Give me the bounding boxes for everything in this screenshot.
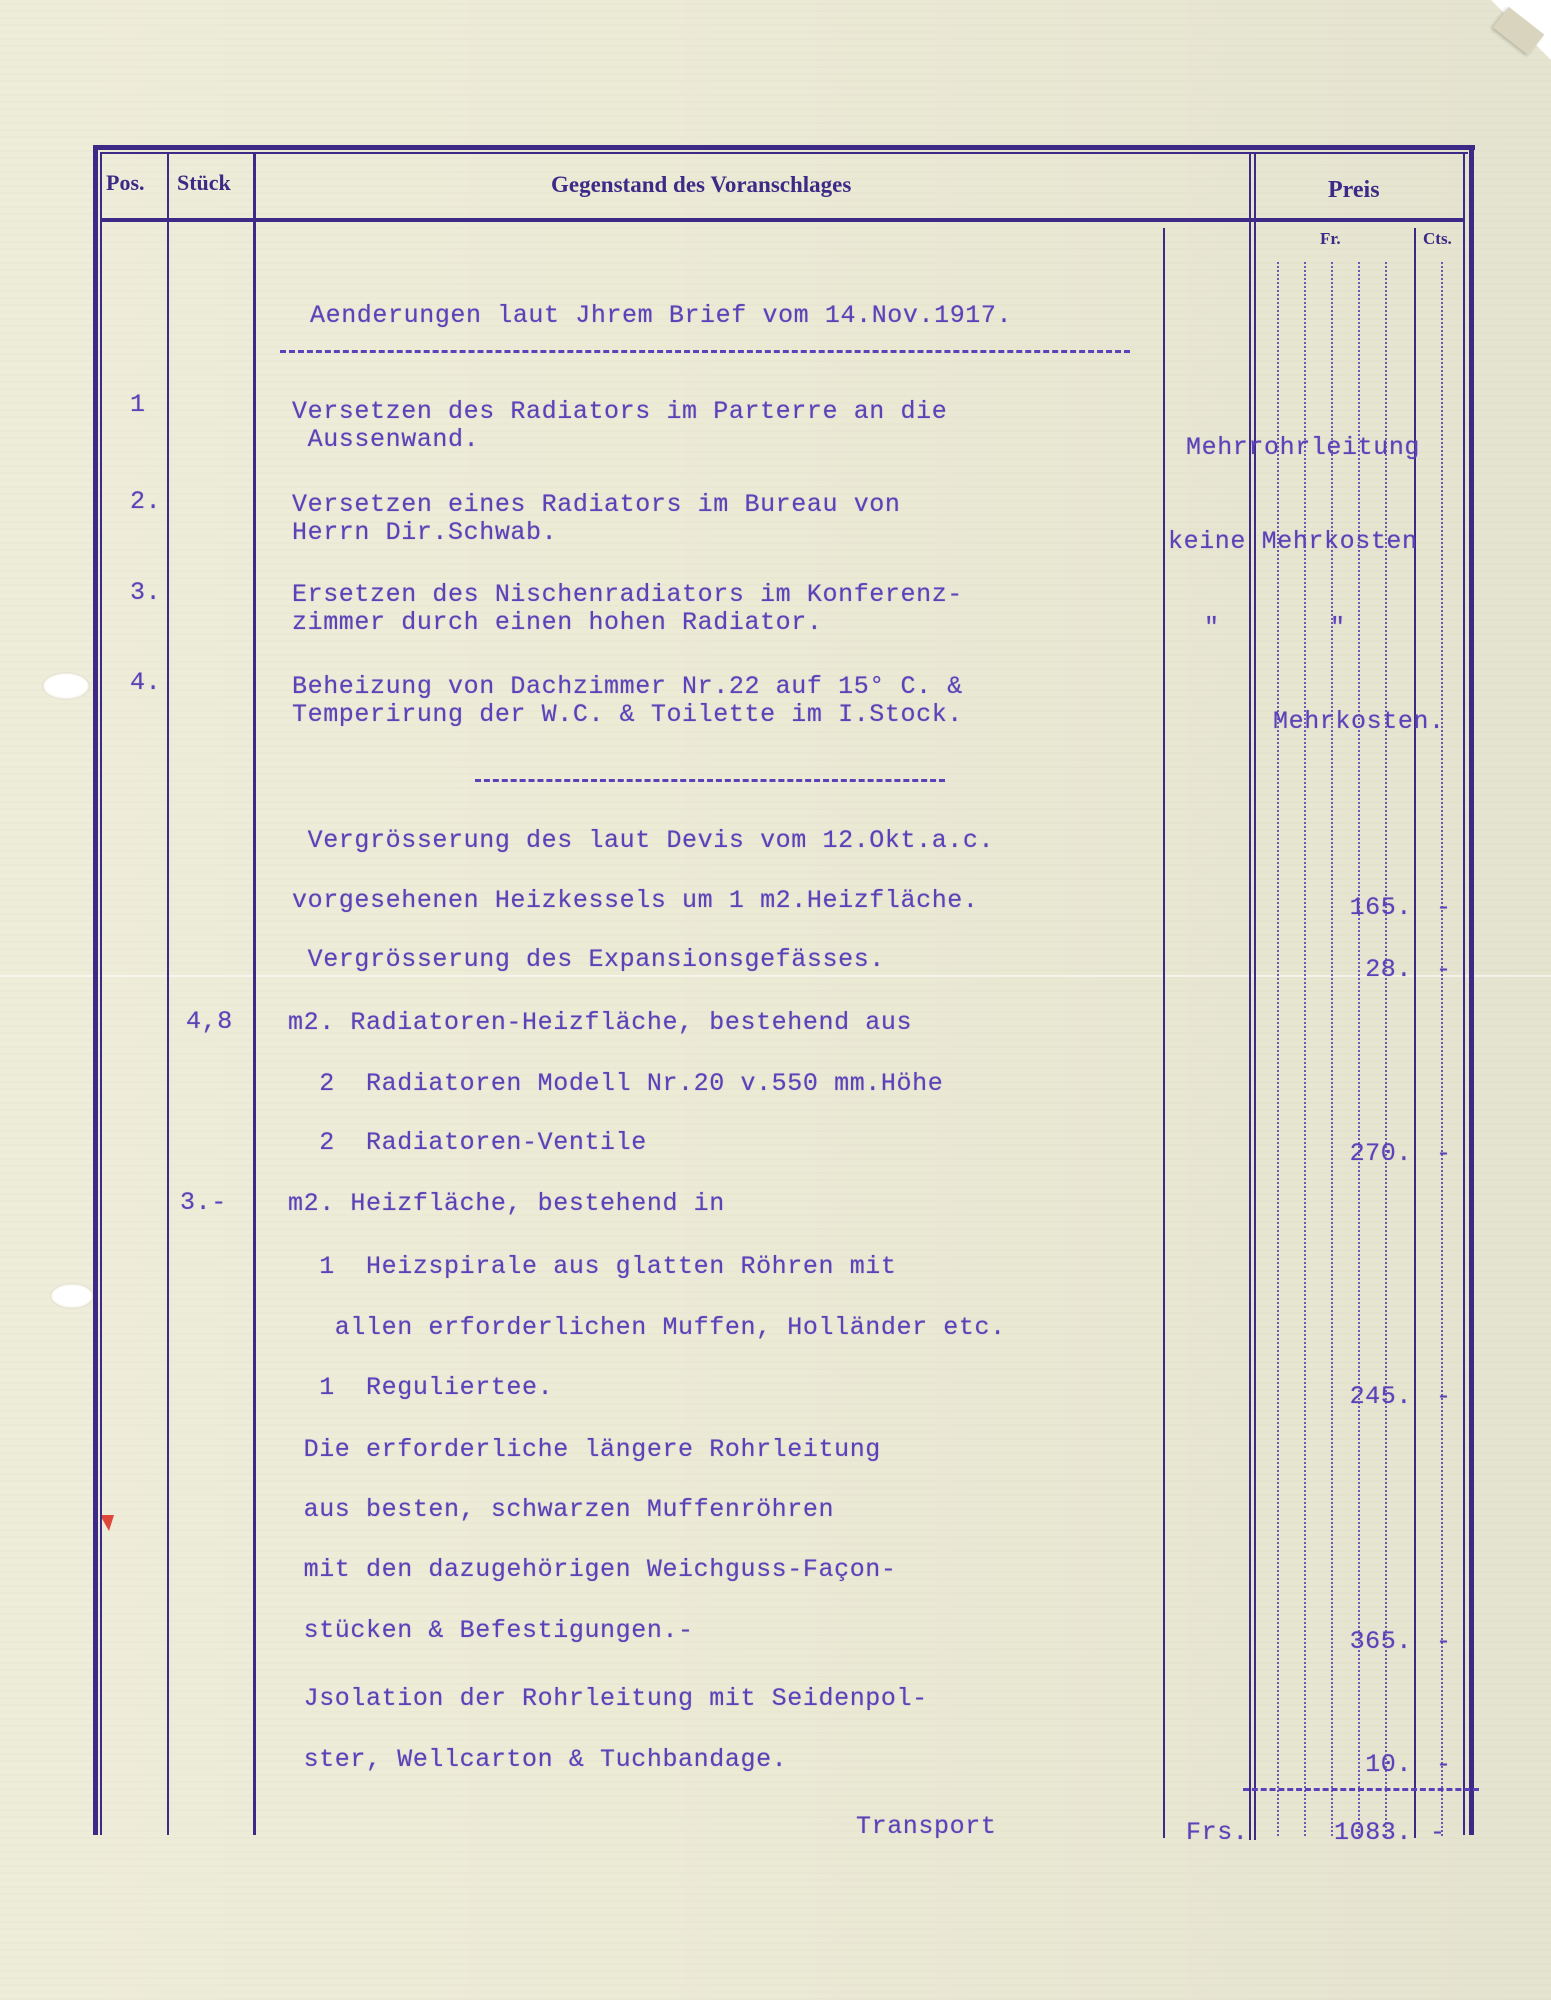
cost-line-cts: - [1436, 1750, 1452, 1780]
item-text-line: Aussenwand. [292, 425, 479, 455]
cost-line-text: vorgesehenen Heizkessels um 1 m2.Heizflä… [292, 886, 979, 916]
header-gegenstand: Gegenstand des Voranschlages [551, 172, 851, 198]
preis-column-divider [1249, 152, 1251, 1840]
header-preis: Preis [1328, 177, 1380, 204]
ditto-mark: " [1330, 613, 1346, 643]
item-text-line: Ersetzen des Nischenradiators im Konfere… [292, 580, 963, 610]
fr-guide-line [1358, 262, 1360, 1836]
pos-column-divider [167, 152, 169, 1835]
header-divider [100, 218, 1463, 222]
cost-line-text: 2 Radiatoren-Ventile [288, 1128, 647, 1158]
item-remark: Mehrrohrleitung [1186, 433, 1420, 463]
cost-line-fr: 270. [1300, 1139, 1412, 1169]
fr-guide-line [1304, 262, 1306, 1836]
cost-line-fr: 28. [1300, 955, 1412, 985]
cost-line-fr: 10. [1300, 1750, 1412, 1780]
item-text-line: Versetzen des Radiators im Parterre an d… [292, 397, 947, 427]
item-pos: 4. [130, 668, 161, 698]
fr-guide-line [1277, 262, 1279, 1836]
cts-column-divider [1414, 228, 1416, 1838]
total-fr: 1083. [1300, 1818, 1412, 1848]
cost-line-text: 1 Reguliertee. [288, 1373, 553, 1403]
cost-line-stueck: 4,8 [186, 1007, 233, 1037]
preis-column-divider-inner [1254, 152, 1256, 1840]
cost-line-fr: 165. [1300, 893, 1412, 923]
header-pos: Pos. [106, 170, 145, 196]
cost-line-fr: 365. [1300, 1627, 1412, 1657]
punch-hole-top [42, 672, 90, 700]
section-heading: Aenderungen laut Jhrem Brief vom 14.Nov.… [310, 301, 1012, 331]
cost-line-text: ster, Wellcarton & Tuchbandage. [288, 1745, 787, 1775]
total-cts: - [1430, 1818, 1446, 1848]
cost-line-stueck: 3.- [180, 1188, 227, 1218]
cost-line-text: 1 Heizspirale aus glatten Röhren mit [288, 1252, 897, 1282]
item-pos: 3. [130, 578, 161, 608]
table-right-border [1469, 145, 1474, 1835]
item-remark: keine Mehrkosten [1168, 527, 1418, 557]
item-text-line: Beheizung von Dachzimmer Nr.22 auf 15° C… [292, 672, 963, 702]
header-stueck: Stück [177, 170, 231, 196]
cost-line-text: aus besten, schwarzen Muffenröhren [288, 1495, 834, 1525]
cost-line-text: mit den dazugehörigen Weichguss-Façon- [288, 1555, 897, 1585]
table-right-border-inner [1463, 152, 1465, 1835]
cts-guide-line [1441, 262, 1443, 1836]
ditto-mark: " [1204, 613, 1220, 643]
cost-line-text: 2 Radiatoren Modell Nr.20 v.550 mm.Höhe [288, 1069, 943, 1099]
header-cts: Cts. [1423, 229, 1452, 249]
total-currency: Frs. [1186, 1818, 1248, 1848]
item-text-line: Herrn Dir.Schwab. [292, 518, 557, 548]
stueck-column-divider [253, 152, 256, 1835]
remark-column-divider [1163, 228, 1165, 1838]
item-pos: 1 [130, 390, 146, 420]
cost-line-cts: - [1436, 1627, 1452, 1657]
cost-line-cts: - [1436, 1139, 1452, 1169]
cost-line-text: Jsolation der Rohrleitung mit Seidenpol- [288, 1684, 928, 1714]
item-text-line: zimmer durch einen hohen Radiator. [292, 608, 822, 638]
cost-line-cts: - [1436, 893, 1452, 923]
cost-line-cts: - [1436, 1382, 1452, 1412]
item-text-line: Versetzen eines Radiators im Bureau von [292, 490, 901, 520]
section-divider [475, 779, 945, 782]
table-left-border-inner [100, 152, 102, 1835]
table-top-border [93, 145, 1475, 150]
cost-line-cts: - [1436, 955, 1452, 985]
fr-guide-line [1331, 262, 1333, 1836]
cost-line-text: Vergrösserung des Expansionsgefässes. [292, 945, 885, 975]
red-mark [100, 1515, 114, 1531]
cost-line-text: stücken & Befestigungen.- [288, 1616, 694, 1646]
cost-line-text: Vergrösserung des laut Devis vom 12.Okt.… [292, 826, 994, 856]
fr-guide-line [1385, 262, 1387, 1836]
item-remark: Mehrkosten. [1273, 707, 1445, 737]
transport-label: Transport [856, 1812, 996, 1842]
punch-hole-bottom [50, 1283, 94, 1309]
cost-line-text: m2. Heizfläche, bestehend in [288, 1189, 725, 1219]
item-pos: 2. [130, 487, 161, 517]
item-text-line: Temperirung der W.C. & Toilette im I.Sto… [292, 700, 963, 730]
cost-line-fr: 245. [1300, 1382, 1412, 1412]
subtotal-rule [1243, 1788, 1479, 1791]
cost-line-text: m2. Radiatoren-Heizfläche, bestehend aus [288, 1008, 912, 1038]
heading-underline [280, 350, 1130, 353]
table-top-border-inner [100, 152, 1468, 154]
header-fr: Fr. [1320, 229, 1341, 249]
cost-line-text: Die erforderliche längere Rohrleitung [288, 1435, 881, 1465]
cost-line-text: allen erforderlichen Muffen, Holländer e… [288, 1313, 1006, 1343]
table-left-border [93, 145, 98, 1835]
